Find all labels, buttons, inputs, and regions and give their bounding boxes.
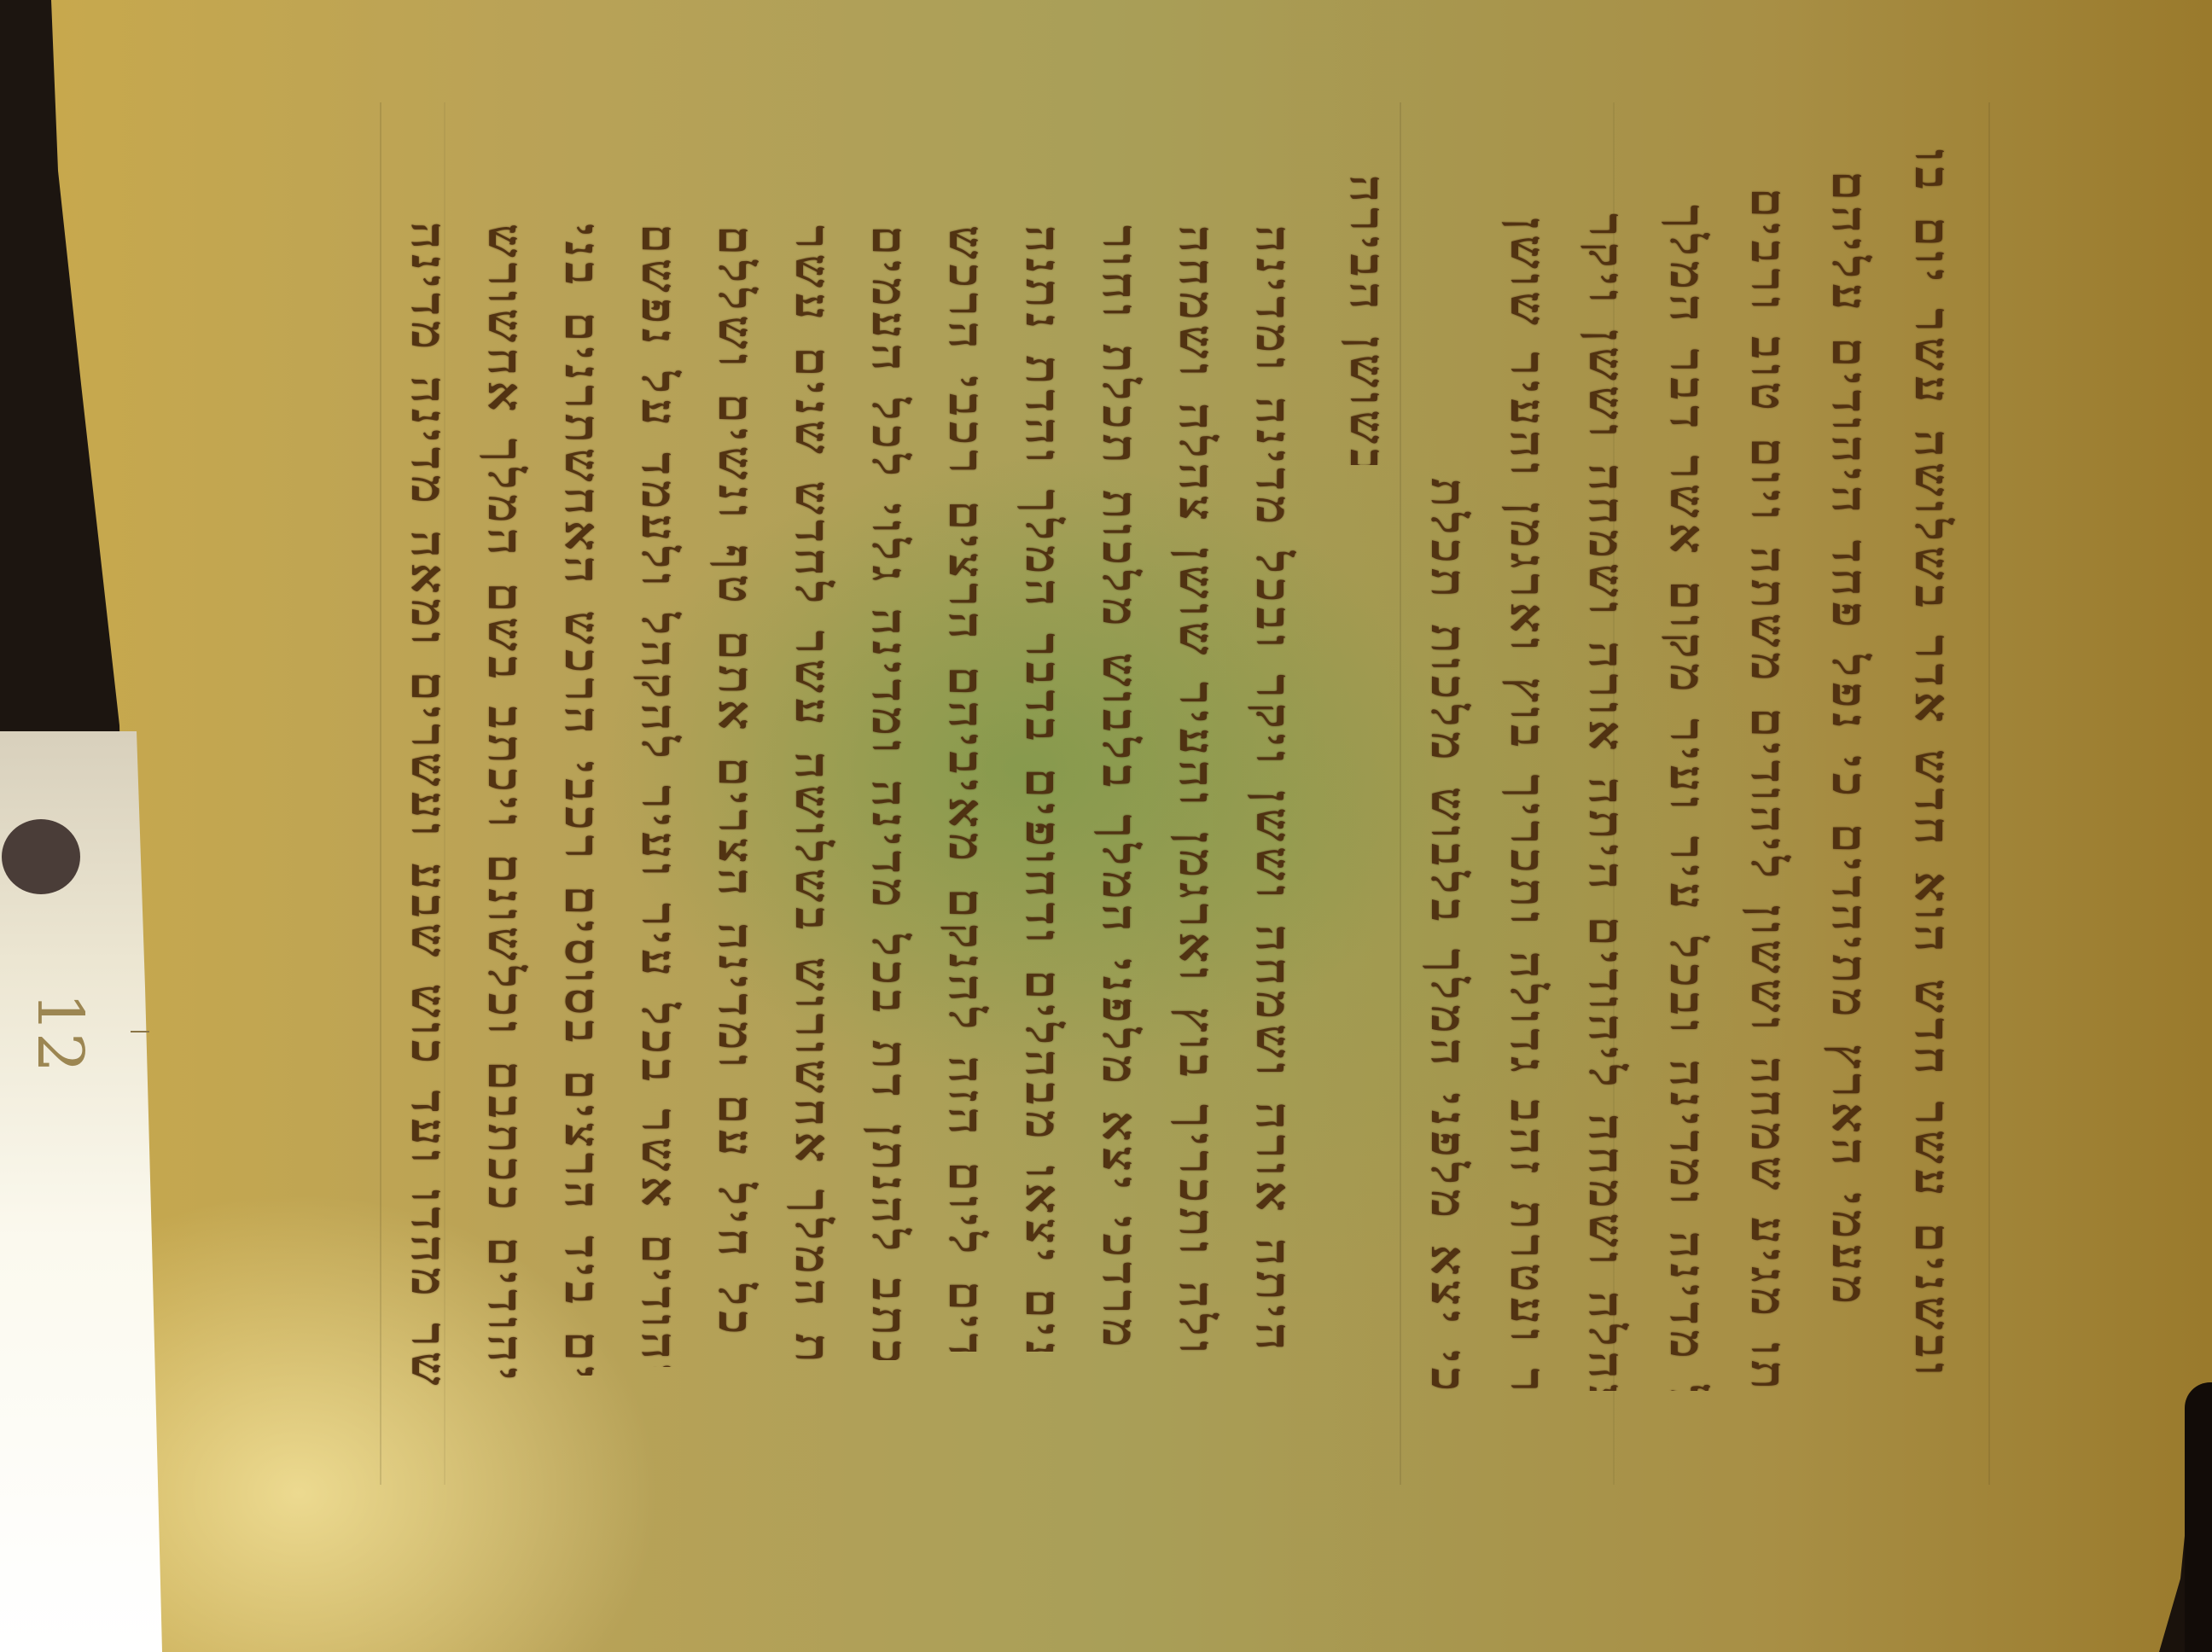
manuscript-line: האחשתרנים יצאו מבהלים ודחופים בדבר המלך … [1016,225,1070,1352]
manuscript-line: ולהיות היהודים עתודים ליום הזה להנקם מאי… [939,225,993,1352]
manuscript-line: בשושן הבירה ומרדכי יצא מלפני המלך בלבוש … [1092,225,1147,1352]
manuscript-line: ובכל מדינה ומדינה ובכל עיר ועיר מקום אשר… [1660,205,1714,1391]
manuscript-line: ומרדכי יצא מלפני המלך בלבוש מלכות תכלת [1421,478,1476,1391]
manuscript-line: ובשנים עשר חדש הוא חדש אדר בשלושה עשר יו… [1905,149,1959,1387]
tag-number: 12 [30,981,90,1084]
manuscript-line: ודתו מגיע שמחה וששון ליהודים משתה ויום ט… [1741,188,1796,1391]
tag-tick-mark [131,1031,149,1032]
manuscript-line: אחשורוש והאחשדרפנים והפחות ושרי המדינות … [401,222,456,1391]
manuscript-line: לבוז ביום אחד בכל מדינות המלך אחשורוש בש… [785,225,840,1360]
ruling-line [380,102,381,1485]
manuscript-line: ועטרת זהב גדולה ותכריך בוץ וארגמן והעיר … [1169,225,1224,1352]
manuscript-line: וחור ועטרת זהב גדולה ותכריך בוץ וארגמן ו… [1500,218,1555,1391]
manuscript-line: בשושן הבירה [1340,175,1394,465]
dark-corner [2185,1382,2212,1652]
manuscript-line: ומדינה ככתבה ועם ועם כלשנו ואל היהודים כ… [478,224,533,1384]
ruling-line [1988,102,1990,1485]
manuscript-line: צהלה ושמחה ליהודים היתה אורה ושמחה וששן … [1579,213,1633,1391]
manuscript-line: ויחתם בטבעת המלך וישלח ספרים ביד הרצים ב… [555,224,609,1376]
manuscript-line: הוא חדש אדר פתשגן הכתב להנתן דת בכל מדינ… [862,225,917,1360]
ruling-line [1400,102,1401,1485]
manuscript-line: הרמכים אשר נתן המלך ליהודים אשר בכל עיר … [632,224,686,1367]
manuscript-line: להשמיד ולהרג ולאבד את כל חיל עם ומדינה ה… [708,225,763,1360]
manuscript-line: ליהודים היתה אורה ושמחה וששן ויקר ובכל מ… [1246,225,1301,1352]
tag-hole [2,819,80,894]
manuscript-line: מעמי הארץ מתיהדים כי נפל פחד היהודים עלי… [1822,171,1877,1391]
